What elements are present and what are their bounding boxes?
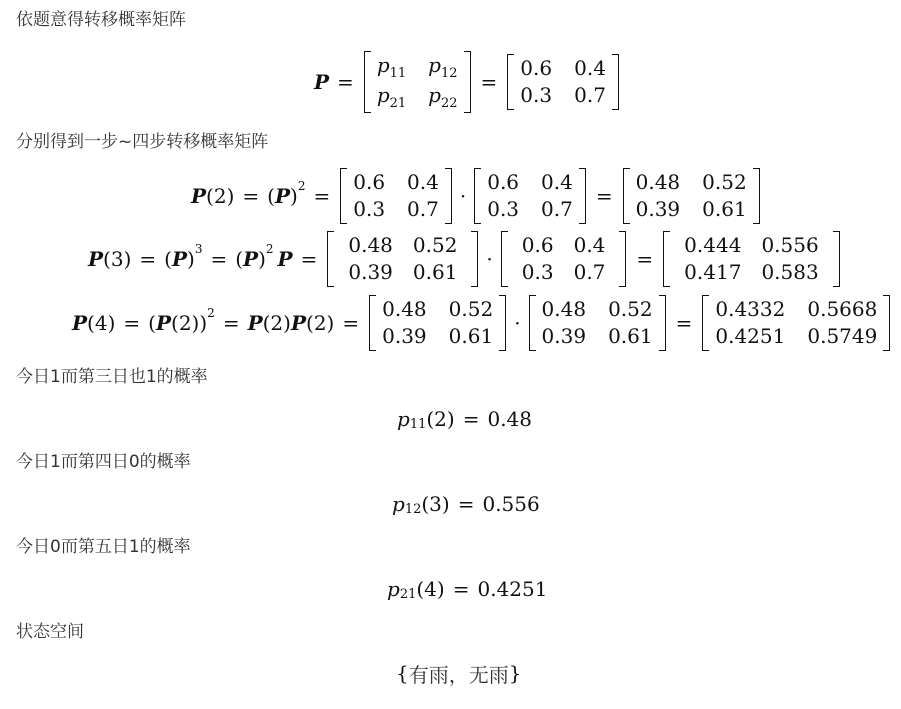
numeric-matrix: 0.60.4 0.30.7 <box>507 54 619 110</box>
equation-P2: P(2) = (P)2 = 0.60.40.30.7 · 0.60.40.30.… <box>191 167 762 225</box>
state-space-items: 有雨，无雨 <box>409 659 509 688</box>
equation-transition-matrix: P = p11 p12 p21 p22 = 0.60.4 0.30.7 <box>314 48 621 116</box>
equation-P4: P(4) = (P(2))2 = P(2)P(2) = 0.480.520.39… <box>72 294 892 352</box>
equals-sign: = <box>481 70 498 94</box>
heading-transition-matrix: 依题意得转移概率矩阵 <box>16 9 186 31</box>
matrix-a: 0.60.40.30.7 <box>340 168 452 224</box>
heading-prob-day4: 今日1而第四日0的概率 <box>16 451 191 473</box>
matrix-result: 0.43320.56680.42510.5749 <box>702 295 890 351</box>
symbol-P: P <box>314 70 329 94</box>
state-space-set: { 有雨，无雨 } <box>396 658 521 688</box>
heading-state-space: 状态空间 <box>16 621 84 643</box>
matrix-a: 0.480.520.390.61 <box>327 231 478 287</box>
matrix-result: 0.480.520.390.61 <box>623 168 760 224</box>
equals-sign: = <box>337 70 354 94</box>
symbolic-matrix: p11 p12 p21 p22 <box>364 51 471 113</box>
answer-p11-2: p11(2) =0.48 <box>397 404 532 434</box>
answer-p12-3: p12(3) =0.556 <box>392 489 540 519</box>
matrix-result: 0.4440.5560.4170.583 <box>663 231 840 287</box>
matrix-a: 0.480.520.390.61 <box>369 295 506 351</box>
heading-multi-step-matrices: 分别得到一步~四步转移概率矩阵 <box>16 131 268 153</box>
answer-p21-4: p21(4) =0.4251 <box>387 574 547 604</box>
heading-prob-day3: 今日1而第三日也1的概率 <box>16 366 208 388</box>
matrix-b: 0.60.40.30.7 <box>501 231 627 287</box>
matrix-b: 0.60.40.30.7 <box>474 168 586 224</box>
heading-prob-day5: 今日0而第五日1的概率 <box>16 536 191 558</box>
matrix-b: 0.480.520.390.61 <box>529 295 666 351</box>
equation-P3: P(3) = (P)3 = (P)2 P = 0.480.520.390.61 … <box>88 230 842 288</box>
